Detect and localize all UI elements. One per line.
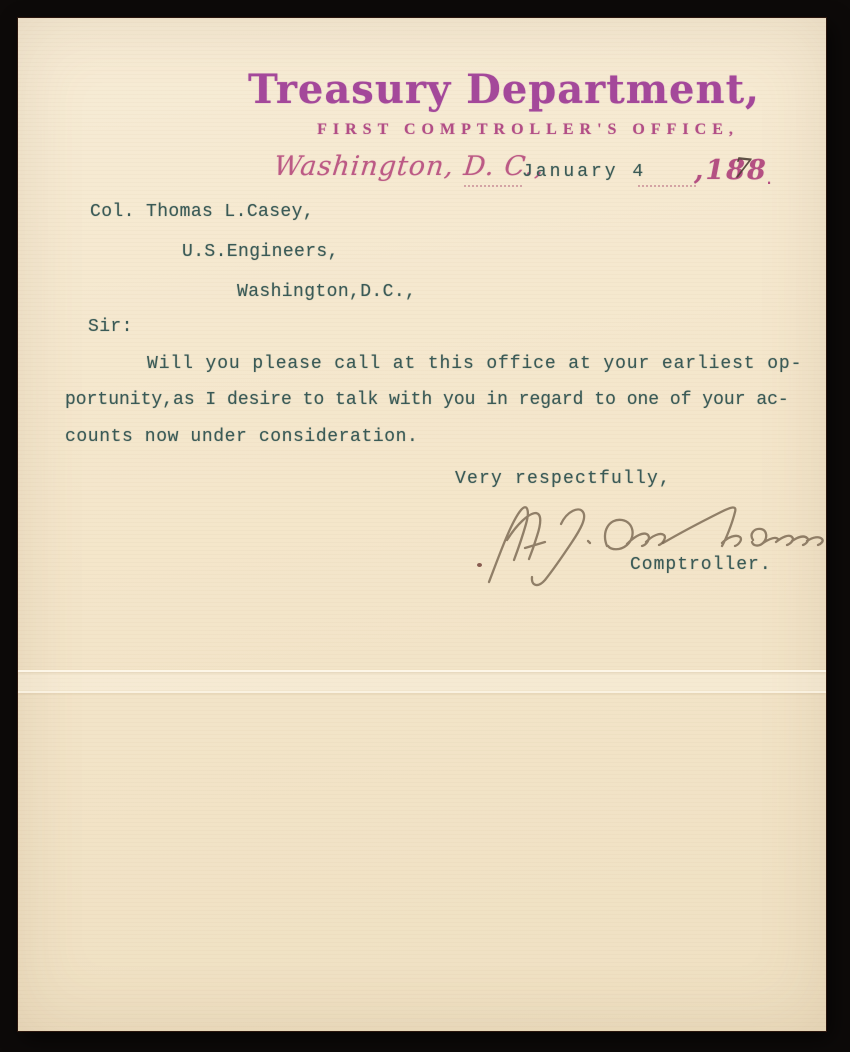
letterhead-place-script: Washington, D. C.,: [272, 151, 546, 182]
dotted-rule-left: [464, 184, 522, 187]
signature-handwriting: [473, 496, 838, 601]
body-line-3: counts now under consideration.: [65, 428, 418, 446]
valediction: Very respectfully,: [455, 470, 671, 488]
letter-paper: Treasury Department, FIRST COMPTROLLER'S…: [18, 18, 826, 1031]
date-period: .: [766, 164, 772, 190]
recipient-name-line: Col. Thomas L.Casey,: [90, 203, 314, 221]
handwritten-year-digit: 7: [731, 151, 752, 186]
fold-crease-lower: [18, 691, 826, 693]
fold-band: [18, 671, 826, 691]
body-line-2: portunity,as I desire to talk with you i…: [65, 391, 789, 409]
typed-date: January 4: [522, 163, 646, 181]
recipient-city-line: Washington,D.C.,: [237, 283, 416, 301]
recipient-org-line: U.S.Engineers,: [182, 243, 339, 261]
salutation: Sir:: [88, 318, 133, 336]
fold-crease-upper: [18, 670, 826, 672]
body-line-1: Will you please call at this office at y…: [147, 355, 802, 373]
letterhead-office-line: FIRST COMPTROLLER'S OFFICE,: [288, 121, 768, 139]
ink-dot: [477, 563, 482, 567]
signature-title: Comptroller.: [630, 556, 772, 574]
dotted-rule-right: [638, 184, 696, 187]
letterhead-title: Treasury Department,: [248, 68, 748, 112]
